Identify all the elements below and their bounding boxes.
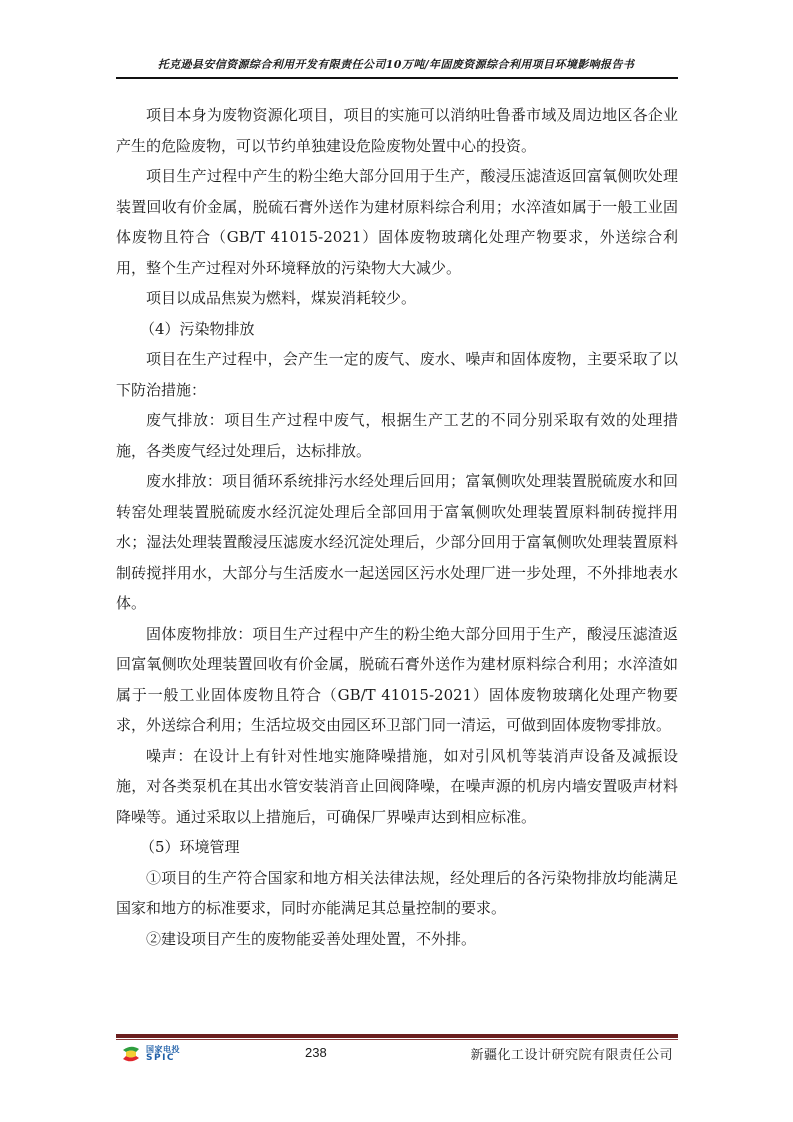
section-heading: （5）环境管理 [116, 832, 678, 863]
paragraph: 噪声：在设计上有针对性地实施降噪措施，如对引风机等装消声设备及减振设施，对各类泵… [116, 741, 678, 833]
paragraph: 废气排放：项目生产过程中废气，根据生产工艺的不同分别采取有效的处理措施，各类废气… [116, 405, 678, 466]
paragraph: 废水排放：项目循环系统排污水经处理后回用；富氧侧吹处理装置脱硫废水和回转窑处理装… [116, 466, 678, 619]
paragraph: 项目以成品焦炭为燃料，煤炭消耗较少。 [116, 283, 678, 314]
header-divider [116, 77, 678, 79]
paragraph: 项目本身为废物资源化项目，项目的实施可以消纳吐鲁番市域及周边地区各企业产生的危险… [116, 100, 678, 161]
page-header-title: 托克逊县安信资源综合利用开发有限责任公司10万吨/年固废资源综合利用项目环境影响… [116, 56, 676, 72]
footer-logo: 国家电投 SPIC [120, 1044, 180, 1064]
footer-divider-thin [116, 1039, 678, 1040]
paragraph: ①项目的生产符合国家和地方相关法律法规，经处理后的各污染物排放均能满足国家和地方… [116, 863, 678, 924]
document-body: 项目本身为废物资源化项目，项目的实施可以消纳吐鲁番市域及周边地区各企业产生的危险… [116, 100, 678, 954]
paragraph: 固体废物排放：项目生产过程中产生的粉尘绝大部分回用于生产，酸浸压滤渣返回富氧侧吹… [116, 619, 678, 741]
logo-english-text: SPIC [146, 1054, 180, 1063]
paragraph: 项目在生产过程中，会产生一定的废气、废水、噪声和固体废物，主要采取了以下防治措施… [116, 344, 678, 405]
paragraph: ②建设项目产生的废物能妥善处理处置，不外排。 [116, 924, 678, 955]
footer-divider-thick [116, 1034, 678, 1038]
footer-organization: 新疆化工设计研究院有限责任公司 [470, 1044, 673, 1063]
spic-logo-icon [120, 1044, 142, 1064]
paragraph: 项目生产过程中产生的粉尘绝大部分回用于生产，酸浸压滤渣返回富氧侧吹处理装置回收有… [116, 161, 678, 283]
section-heading: （4）污染物排放 [116, 314, 678, 345]
page-number: 238 [305, 1045, 355, 1060]
